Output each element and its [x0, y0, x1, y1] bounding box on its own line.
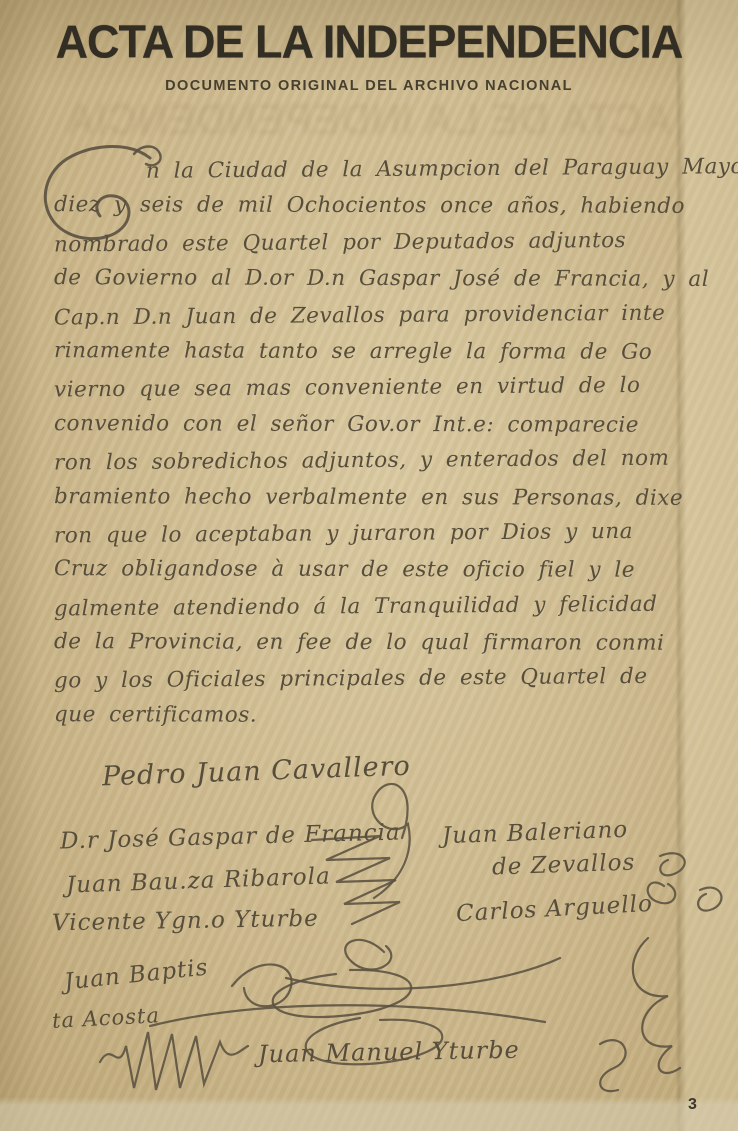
manuscript-line: ron que lo aceptaban y juraron por Dios … [54, 513, 694, 554]
manuscript-line: de la Provincia, en fee de lo qual firma… [54, 624, 694, 662]
signature-jose-gaspar-de-francia: D.r José Gaspar de Francia [60, 820, 401, 855]
signature-juan-manuel-yturbe: Juan Manuel Yturbe [258, 1036, 520, 1069]
manuscript-line: Cap.n D.n Juan de Zevallos para providen… [54, 295, 694, 336]
manuscript-line: que certificamos. [54, 697, 694, 735]
page-subtitle: DOCUMENTO ORIGINAL DEL ARCHIVO NACIONAL [0, 78, 738, 94]
signature-juan-baptista-acosta-line2: ta Acosta [51, 1003, 160, 1033]
document-page: ACTA DE LA INDEPENDENCIA DOCUMENTO ORIGI… [0, 0, 738, 1131]
manuscript-line: n la Ciudad de la Asumpcion del Paraguay… [54, 149, 694, 190]
manuscript-line: bramiento hecho verbalmente en sus Perso… [54, 479, 694, 517]
manuscript-line: galmente atendiendo á la Tranquilidad y … [54, 586, 694, 627]
rubric-central-loop [345, 940, 391, 970]
rubric-zevallos-tail [660, 853, 685, 875]
manuscript-line: vierno que sea mas conveniente en virtud… [54, 368, 694, 409]
rubric-yturbe-tail [600, 1040, 626, 1091]
illegible-signature-flourish [100, 1032, 248, 1090]
signature-vicente-ignacio-yturbe: Vicente Ygn.o Yturbe [52, 906, 319, 937]
page-number: 3 [688, 1096, 697, 1114]
manuscript-line: Cruz obligandose à usar de este oficio f… [54, 551, 694, 589]
manuscript-line: convenido con el señor Gov.or Int.e: com… [54, 406, 694, 444]
manuscript-line: rinamente hasta tanto se arregle la form… [54, 333, 694, 371]
manuscript-line: de Govierno al D.or D.n Gaspar José de F… [54, 260, 694, 298]
rubric-arguello-tail [698, 888, 721, 911]
page-title: ACTA DE LA INDEPENDENCIA [0, 15, 738, 69]
manuscript-line: go y los Oficiales principales de este Q… [54, 659, 694, 700]
signature-juan-bautista-rivarola: Juan Bau.za Ribarola [66, 863, 332, 898]
rubric-central-sweep [286, 958, 560, 989]
manuscript-body: n la Ciudad de la Asumpcion del Paraguay… [54, 152, 694, 734]
signature-juan-baleriano-line1: Juan Baleriano [442, 817, 629, 849]
signature-carlos-arguello: Carlos Arguello [455, 891, 653, 927]
rubric-central-ellipse1 [273, 970, 411, 1017]
rubric-right-lower [633, 938, 680, 1073]
manuscript-line: diez y seis de mil Ochocientos once años… [54, 188, 694, 226]
manuscript-line: nombrado este Quartel por Deputados adju… [54, 222, 694, 263]
signature-pedro-juan-cavallero: Pedro Juan Cavallero [102, 751, 412, 793]
manuscript-line: ron los sobredichos adjuntos, y enterado… [54, 441, 694, 482]
signature-juan-baptista-acosta-line1: Juan Baptis [63, 955, 210, 996]
signature-juan-baleriano-line2: de Zevallos [492, 850, 636, 881]
rubric-acosta-sweep [150, 1005, 545, 1026]
rubric-baptis [232, 964, 292, 1006]
bleed-through-ghost-title: ACTA DE LA INDEPENDENCIA [0, 95, 738, 145]
